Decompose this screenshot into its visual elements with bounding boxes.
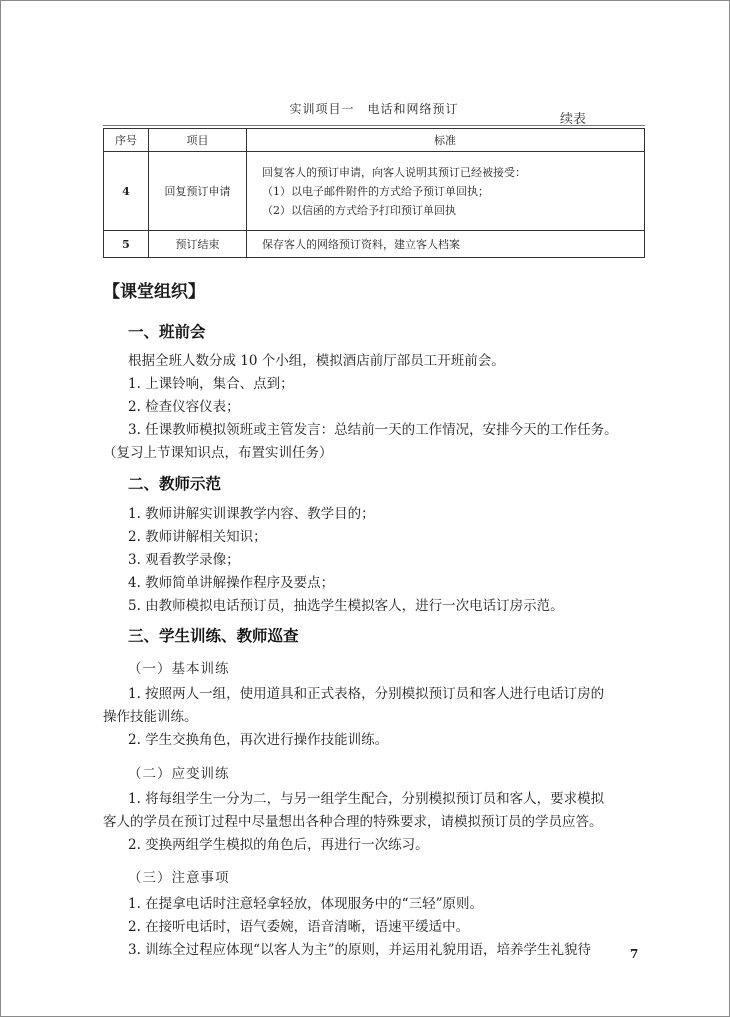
list-item: 2. 检查仪容仪表； bbox=[103, 396, 648, 419]
list-item-text: 4. 教师简单讲解操作程序及要点； bbox=[128, 575, 334, 591]
list-item-continuation: 客人的学员在预订过程中尽量想出各种合理的特殊要求，请模拟预订员的学员应答。 bbox=[103, 811, 648, 834]
page-number: 7 bbox=[630, 947, 638, 961]
list-item: 2. 变换两组学生模拟的角色后，再进行一次练习。 bbox=[103, 834, 648, 857]
list-item: 1. 将每组学生一分为二，与另一组学生配合，分别模拟预订员和客人，要求模拟 bbox=[103, 788, 648, 811]
list-item-text: 1. 在提拿电话时注意轻拿轻放，体现服务中的“三轻”原则。 bbox=[128, 896, 483, 912]
list-item-continuation: 操作技能训练。 bbox=[103, 706, 648, 729]
standard-line: （2）以信函的方式给予打印预订单回执 bbox=[262, 201, 643, 220]
standard-line: 保存客人的网络预订资料，建立客人档案 bbox=[262, 235, 643, 254]
subheading-notes: （三）注意事项 bbox=[128, 866, 230, 886]
list-item-text: 3. 任课教师模拟领班或主管发言：总结前一天的工作情况，安排今天的工作任务。 bbox=[128, 422, 618, 438]
list-item: 1. 在提拿电话时注意轻拿轻放，体现服务中的“三轻”原则。 bbox=[103, 893, 648, 916]
list-item: 1. 教师讲解实训课教学内容、教学目的； bbox=[103, 503, 648, 526]
paragraph: 根据全班人数分成 10 个小组，模拟酒店前厅部员工开班前会。 bbox=[103, 350, 648, 373]
list-item-text: 2. 检查仪容仪表； bbox=[128, 399, 240, 415]
row-item: 回复预订申请 bbox=[149, 152, 247, 231]
list-item: 2. 学生交换角色，再次进行操作技能训练。 bbox=[103, 729, 648, 752]
list-item-text: 2. 学生交换角色，再次进行操作技能训练。 bbox=[128, 732, 388, 748]
heading-pre-class-meeting: 一、班前会 bbox=[128, 320, 206, 342]
list-item-text: 1. 教师讲解实训课教学内容、教学目的； bbox=[128, 506, 375, 522]
section-title: 【课堂组织】 bbox=[103, 277, 205, 302]
list-item-text: 5. 由教师模拟电话预订员，抽选学生模拟客人，进行一次电话订房示范。 bbox=[128, 598, 564, 614]
list-item-text: 1. 按照两人一组，使用道具和正式表格，分别模拟预订员和客人进行电话订房的 bbox=[128, 686, 604, 702]
subheading-adaptive-training: （二）应变训练 bbox=[128, 762, 230, 782]
row-standard: 保存客人的网络预订资料，建立客人档案 bbox=[247, 231, 645, 258]
list-item: 5. 由教师模拟电话预订员，抽选学生模拟客人，进行一次电话订房示范。 bbox=[103, 595, 648, 618]
table-header-row: 序号 项目 标准 bbox=[104, 129, 645, 152]
list-item-text: 3. 训练全过程应体现“以客人为主”的原则，并运用礼貌用语，培养学生礼貌待 bbox=[128, 942, 591, 958]
list-item-text: 1. 上课铃响，集合、点到； bbox=[128, 376, 294, 392]
row-standard: 回复客人的预订申请，向客人说明其预订已经被接受： （1）以电子邮件附件的方式给予… bbox=[247, 152, 645, 231]
list-item: 1. 上课铃响，集合、点到； bbox=[103, 373, 648, 396]
heading-student-training: 三、学生训练、教师巡查 bbox=[128, 624, 299, 646]
subheading-basic-training: （一）基本训练 bbox=[128, 657, 230, 677]
standard-line: 回复客人的预订申请，向客人说明其预订已经被接受： bbox=[262, 163, 643, 182]
continued-table-label: 续表 bbox=[560, 108, 586, 127]
list-item: 3. 任课教师模拟领班或主管发言：总结前一天的工作情况，安排今天的工作任务。 bbox=[103, 419, 648, 442]
standard-line: （1）以电子邮件附件的方式给予预订单回执； bbox=[262, 182, 643, 201]
standards-table: 序号 项目 标准 4 回复预订申请 回复客人的预订申请，向客人说明其预订已经被接… bbox=[103, 128, 645, 258]
table-header-no: 序号 bbox=[104, 129, 149, 152]
table-row: 4 回复预订申请 回复客人的预订申请，向客人说明其预订已经被接受： （1）以电子… bbox=[104, 152, 645, 231]
list-item: 3. 训练全过程应体现“以客人为主”的原则，并运用礼貌用语，培养学生礼貌待 bbox=[103, 939, 648, 962]
paragraph-text: 根据全班人数分成 10 个小组，模拟酒店前厅部员工开班前会。 bbox=[128, 353, 505, 369]
list-item-text: 3. 观看教学录像； bbox=[128, 552, 240, 568]
list-item-text: 2. 变换两组学生模拟的角色后，再进行一次练习。 bbox=[128, 837, 429, 853]
row-number: 4 bbox=[104, 152, 149, 231]
heading-teacher-demo: 二、教师示范 bbox=[128, 472, 221, 494]
row-number: 5 bbox=[104, 231, 149, 258]
list-item-text: 2. 在接听电话时，语气委婉，语音清晰，语速平缓适中。 bbox=[128, 919, 469, 935]
list-item: 3. 观看教学录像； bbox=[103, 549, 648, 572]
table-header-item: 项目 bbox=[149, 129, 247, 152]
paragraph-note: （复习上节课知识点，布置实训任务） bbox=[103, 442, 648, 465]
table-header-standard: 标准 bbox=[247, 129, 645, 152]
list-item-text: 1. 将每组学生一分为二，与另一组学生配合，分别模拟预订员和客人，要求模拟 bbox=[128, 791, 604, 807]
list-item: 2. 教师讲解相关知识； bbox=[103, 526, 648, 549]
list-item: 4. 教师简单讲解操作程序及要点； bbox=[103, 572, 648, 595]
row-item: 预订结束 bbox=[149, 231, 247, 258]
list-item-text: 2. 教师讲解相关知识； bbox=[128, 529, 267, 545]
list-item: 1. 按照两人一组，使用道具和正式表格，分别模拟预订员和客人进行电话订房的 bbox=[103, 683, 648, 706]
list-item: 2. 在接听电话时，语气委婉，语音清晰，语速平缓适中。 bbox=[103, 916, 648, 939]
table-row: 5 预订结束 保存客人的网络预订资料，建立客人档案 bbox=[104, 231, 645, 258]
